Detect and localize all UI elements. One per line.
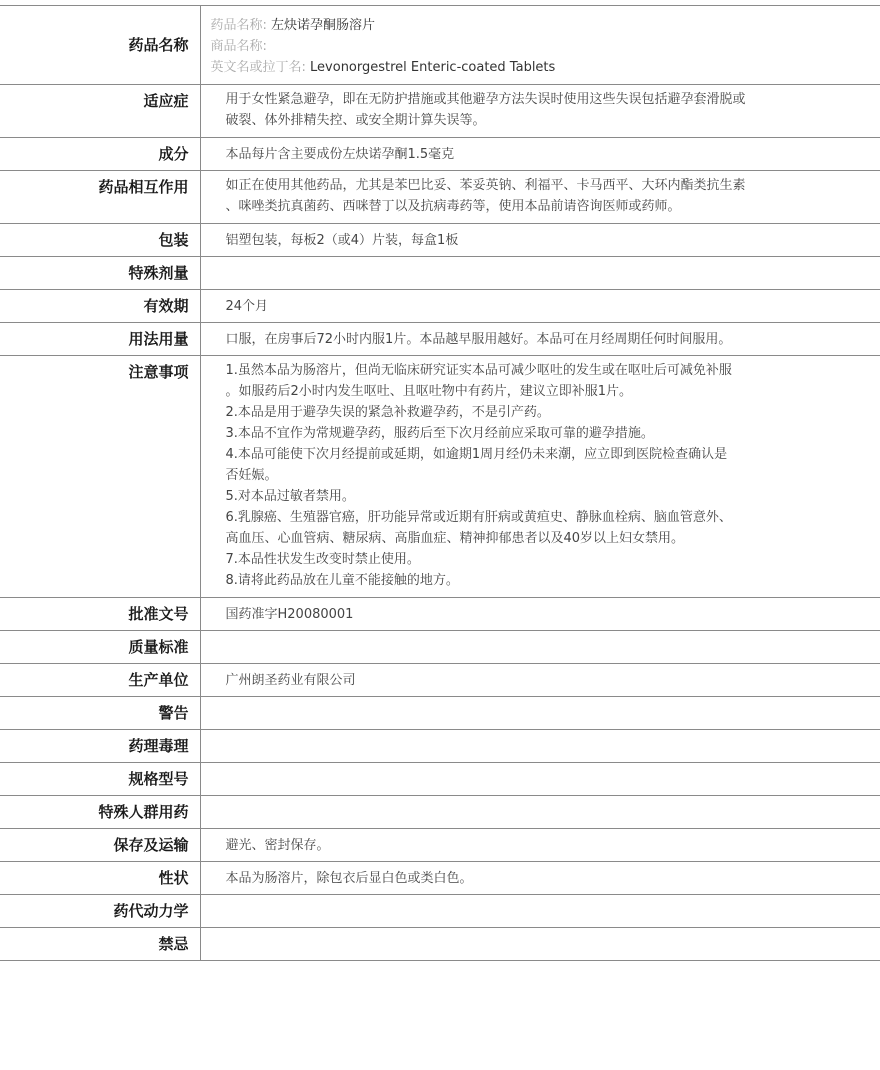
row-specification: 规格型号 [0,763,880,796]
generic-name-key: 药品名称: [211,18,267,33]
value-indications: 用于女性紧急避孕，即在无防护措施或其他避孕方法失误时使用这些失误包括避孕套滑脱或… [200,85,880,138]
trade-name-line: 商品名称: [211,36,861,57]
value-appearance: 本品为肠溶片，除包衣后显白色或类白色。 [200,862,880,895]
label-interactions: 药品相互作用 [0,171,200,224]
value-warning [200,697,880,730]
row-special-populations: 特殊人群用药 [0,796,880,829]
row-pharmacokinetics: 药代动力学 [0,895,880,928]
value-specification [200,763,880,796]
value-storage-transport: 避光、密封保存。 [200,829,880,862]
row-contraindications: 禁忌 [0,928,880,961]
generic-name-line: 药品名称: 左炔诺孕酮肠溶片 [211,15,861,36]
value-pharmacology-toxicology [200,730,880,763]
label-precautions: 注意事项 [0,356,200,598]
value-ingredients: 本品每片含主要成份左炔诺孕酮1.5毫克 [200,138,880,171]
value-special-dosage [200,257,880,290]
value-approval-number: 国药准字H20080001 [200,598,880,631]
precaution-line: 7.本品性状发生改变时禁止使用。 [226,549,861,570]
label-specification: 规格型号 [0,763,200,796]
label-shelf-life: 有效期 [0,290,200,323]
row-appearance: 性状 本品为肠溶片，除包衣后显白色或类白色。 [0,862,880,895]
row-precautions: 注意事项 1.虽然本品为肠溶片，但尚无临床研究证实本品可减少呕吐的发生或在呕吐后… [0,356,880,598]
value-quality-standard [200,631,880,664]
label-appearance: 性状 [0,862,200,895]
row-pharmacology-toxicology: 药理毒理 [0,730,880,763]
label-manufacturer: 生产单位 [0,664,200,697]
interactions-line: 如正在使用其他药品，尤其是苯巴比妥、苯妥英钠、利福平、卡马西平、大环内酯类抗生素 [226,175,861,196]
english-name-value: Levonorgestrel Enteric-coated Tablets [310,60,555,75]
precaution-line: 3.本品不宜作为常规避孕药，服药后至下次月经前应采取可靠的避孕措施。 [226,423,861,444]
indications-line: 用于女性紧急避孕，即在无防护措施或其他避孕方法失误时使用这些失误包括避孕套滑脱或 [226,89,861,110]
value-interactions: 如正在使用其他药品，尤其是苯巴比妥、苯妥英钠、利福平、卡马西平、大环内酯类抗生素… [200,171,880,224]
value-dosage: 口服，在房事后72小时内服1片。本品越早服用越好。本品可在月经周期任何时间服用。 [200,323,880,356]
precaution-line: 4.本品可能使下次月经提前或延期，如逾期1周月经仍未来潮，应立即到医院检查确认是 [226,444,861,465]
drug-spec-table: 药品名称 药品名称: 左炔诺孕酮肠溶片 商品名称: 英文名或拉丁名: Levon… [0,5,880,961]
label-contraindications: 禁忌 [0,928,200,961]
row-approval-number: 批准文号 国药准字H20080001 [0,598,880,631]
label-quality-standard: 质量标准 [0,631,200,664]
label-dosage: 用法用量 [0,323,200,356]
label-pharmacokinetics: 药代动力学 [0,895,200,928]
value-precautions: 1.虽然本品为肠溶片，但尚无临床研究证实本品可减少呕吐的发生或在呕吐后可减免补服… [200,356,880,598]
precaution-line: 否妊娠。 [226,465,861,486]
label-pharmacology-toxicology: 药理毒理 [0,730,200,763]
row-quality-standard: 质量标准 [0,631,880,664]
precaution-line: 高血压、心血管病、糖尿病、高脂血症、精神抑郁患者以及40岁以上妇女禁用。 [226,528,861,549]
value-shelf-life: 24个月 [200,290,880,323]
precaution-line: 1.虽然本品为肠溶片，但尚无临床研究证实本品可减少呕吐的发生或在呕吐后可减免补服 [226,360,861,381]
row-shelf-life: 有效期 24个月 [0,290,880,323]
precaution-line: 2.本品是用于避孕失误的紧急补救避孕药，不是引产药。 [226,402,861,423]
precaution-line: 8.请将此药品放在儿童不能接触的地方。 [226,570,861,591]
english-name-key: 英文名或拉丁名: [211,60,306,75]
row-dosage: 用法用量 口服，在房事后72小时内服1片。本品越早服用越好。本品可在月经周期任何… [0,323,880,356]
value-manufacturer: 广州朗圣药业有限公司 [200,664,880,697]
label-storage-transport: 保存及运输 [0,829,200,862]
english-name-line: 英文名或拉丁名: Levonorgestrel Enteric-coated T… [211,57,861,78]
row-interactions: 药品相互作用 如正在使用其他药品，尤其是苯巴比妥、苯妥英钠、利福平、卡马西平、大… [0,171,880,224]
label-approval-number: 批准文号 [0,598,200,631]
value-packaging: 铝塑包装，每板2（或4）片装，每盒1板 [200,224,880,257]
label-ingredients: 成分 [0,138,200,171]
row-manufacturer: 生产单位 广州朗圣药业有限公司 [0,664,880,697]
row-special-dosage: 特殊剂量 [0,257,880,290]
precaution-line: 6.乳腺癌、生殖器官癌，肝功能异常或近期有肝病或黄疸史、静脉血栓病、脑血管意外、 [226,507,861,528]
label-warning: 警告 [0,697,200,730]
label-drug-name: 药品名称 [0,6,200,85]
value-pharmacokinetics [200,895,880,928]
interactions-line: 、咪唑类抗真菌药、西咪替丁以及抗病毒药等，使用本品前请咨询医师或药师。 [226,196,861,217]
row-ingredients: 成分 本品每片含主要成份左炔诺孕酮1.5毫克 [0,138,880,171]
value-drug-name: 药品名称: 左炔诺孕酮肠溶片 商品名称: 英文名或拉丁名: Levonorges… [200,6,880,85]
generic-name-value: 左炔诺孕酮肠溶片 [271,18,375,33]
indications-line: 破裂、体外排精失控、或安全期计算失误等。 [226,110,861,131]
value-contraindications [200,928,880,961]
row-storage-transport: 保存及运输 避光、密封保存。 [0,829,880,862]
trade-name-key: 商品名称: [211,39,267,54]
label-packaging: 包装 [0,224,200,257]
row-drug-name: 药品名称 药品名称: 左炔诺孕酮肠溶片 商品名称: 英文名或拉丁名: Levon… [0,6,880,85]
row-indications: 适应症 用于女性紧急避孕，即在无防护措施或其他避孕方法失误时使用这些失误包括避孕… [0,85,880,138]
precaution-line: 5.对本品过敏者禁用。 [226,486,861,507]
label-special-populations: 特殊人群用药 [0,796,200,829]
label-special-dosage: 特殊剂量 [0,257,200,290]
row-warning: 警告 [0,697,880,730]
row-packaging: 包装 铝塑包装，每板2（或4）片装，每盒1板 [0,224,880,257]
value-special-populations [200,796,880,829]
label-indications: 适应症 [0,85,200,138]
precaution-line: 。如服药后2小时内发生呕吐、且呕吐物中有药片，建议立即补服1片。 [226,381,861,402]
